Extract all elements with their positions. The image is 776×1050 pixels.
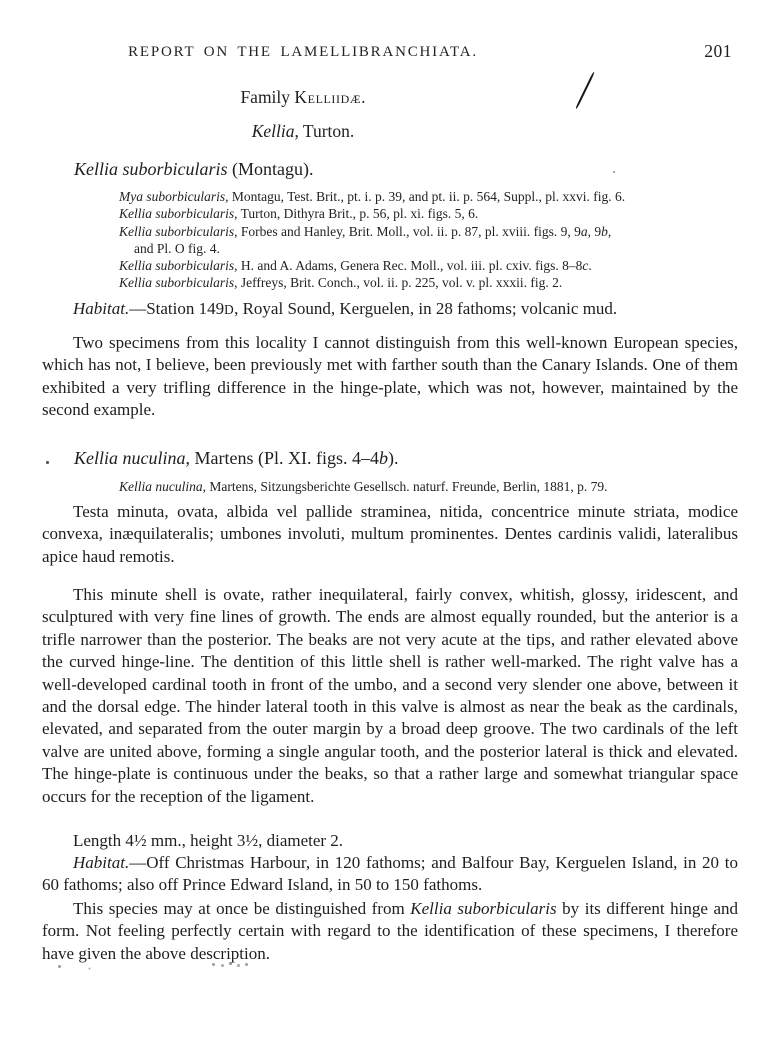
- synonymy-entry: Kellia suborbicularis, Turton, Dithyra B…: [119, 205, 625, 222]
- latin-diagnosis-paragraph: Testa minuta, ovata, albida vel pallide …: [42, 501, 738, 568]
- text-segment: b: [601, 224, 608, 239]
- genus-heading: Kellia, Turton.: [0, 121, 606, 142]
- text-segment: and Pl. O fig. 4.: [134, 241, 220, 256]
- text-segment: Kelliidæ: [294, 87, 361, 107]
- text-segment: , Martens, Sitzungsberichte Gesellsch. n…: [203, 479, 608, 494]
- scan-speck: [46, 461, 49, 464]
- text-segment: ,: [608, 224, 611, 239]
- species-heading-suborbicularis: Kellia suborbicularis (Montagu).: [74, 159, 314, 180]
- dimensions-line: Length 4½ mm., height 3½, diameter 2.: [42, 830, 738, 852]
- text-segment: —Off Christmas Harbour, in 120 fathoms; …: [42, 853, 738, 894]
- text-segment: , Martens (Pl. XI. figs. 4–4: [186, 448, 379, 468]
- synonymy-entry: and Pl. O fig. 4.: [119, 240, 625, 257]
- remarks-paragraph-suborbicularis: Two specimens from this locality I canno…: [42, 332, 738, 422]
- text-segment: This species may at once be distinguishe…: [73, 899, 410, 918]
- text-segment: .: [588, 258, 591, 273]
- text-segment: Habitat.: [73, 299, 129, 318]
- text-segment: Kellia suborbicularis: [119, 258, 234, 273]
- text-segment: , Turton.: [294, 121, 354, 141]
- text-segment: , Jeffreys, Brit. Conch., vol. ii. p. 22…: [234, 275, 562, 290]
- scanned-book-page: REPORT ON THE LAMELLIBRANCHIATA. 201 Fam…: [0, 0, 776, 1050]
- text-segment: b: [379, 448, 388, 468]
- text-segment: Two specimens from this locality I canno…: [42, 333, 738, 419]
- text-segment: Family: [240, 87, 294, 107]
- remarks-paragraph-nuculina: This species may at once be distinguishe…: [42, 898, 738, 965]
- text-segment: Kellia nuculina: [119, 479, 203, 494]
- text-segment: This minute shell is ovate, rather inequ…: [42, 585, 738, 806]
- habitat-line-suborbicularis: Habitat.—Station 149D, Royal Sound, Kerg…: [42, 298, 738, 321]
- synonymy-entry: Kellia suborbicularis, Forbes and Hanley…: [119, 223, 625, 240]
- habitat-line-nuculina: Habitat.—Off Christmas Harbour, in 120 f…: [42, 852, 738, 897]
- species-heading-nuculina: Kellia nuculina, Martens (Pl. XI. figs. …: [74, 448, 398, 469]
- text-segment: .: [361, 87, 365, 107]
- synonymy-entry: Mya suborbicularis, Montagu, Test. Brit.…: [119, 188, 625, 205]
- text-segment: (Montagu).: [228, 159, 314, 179]
- synonymy-entry: Kellia suborbicularis, Jeffreys, Brit. C…: [119, 274, 625, 291]
- text-segment: ).: [388, 448, 399, 468]
- synonymy-entry: Kellia suborbicularis, H. and A. Adams, …: [119, 257, 625, 274]
- scan-speck: [613, 171, 615, 173]
- synonymy-entry: Kellia nuculina, Martens, Sitzungsberich…: [119, 478, 608, 495]
- text-segment: —Station 149: [129, 299, 224, 318]
- text-segment: Kellia suborbicularis: [119, 224, 234, 239]
- scan-speck: [58, 965, 61, 968]
- shell-description-paragraph: This minute shell is ovate, rather inequ…: [42, 584, 738, 808]
- text-segment: Kellia nuculina: [74, 448, 186, 468]
- text-segment: Mya suborbicularis: [119, 189, 225, 204]
- text-segment: , Montagu, Test. Brit., pt. i. p. 39, an…: [225, 189, 625, 204]
- page-number: 201: [704, 41, 732, 62]
- running-title: REPORT ON THE LAMELLIBRANCHIATA.: [0, 44, 606, 61]
- text-segment: , H. and A. Adams, Genera Rec. Moll., vo…: [234, 258, 582, 273]
- text-segment: Kellia suborbicularis: [119, 206, 234, 221]
- synonymy-list-suborbicularis: Mya suborbicularis, Montagu, Test. Brit.…: [119, 188, 625, 292]
- text-segment: Testa minuta, ovata, albida vel pallide …: [42, 502, 738, 566]
- text-segment: Length 4½ mm., height 3½, diameter 2.: [73, 831, 343, 850]
- text-segment: , 9: [588, 224, 602, 239]
- scan-speck: [212, 963, 215, 966]
- text-segment: D: [224, 302, 234, 317]
- text-segment: , Royal Sound, Kerguelen, in 28 fathoms;…: [234, 299, 617, 318]
- family-heading: Family Kelliidæ.: [0, 87, 606, 108]
- text-segment: Kellia suborbicularis: [74, 159, 228, 179]
- text-segment: Kellia: [252, 121, 295, 141]
- text-segment: , Forbes and Hanley, Brit. Moll., vol. i…: [234, 224, 581, 239]
- text-segment: Kellia suborbicularis: [410, 899, 556, 918]
- text-segment: Habitat.: [73, 853, 129, 872]
- text-segment: , Turton, Dithyra Brit., p. 56, pl. xi. …: [234, 206, 478, 221]
- synonymy-list-nuculina: Kellia nuculina, Martens, Sitzungsberich…: [119, 478, 608, 495]
- text-segment: Kellia suborbicularis: [119, 275, 234, 290]
- text-segment: a: [581, 224, 588, 239]
